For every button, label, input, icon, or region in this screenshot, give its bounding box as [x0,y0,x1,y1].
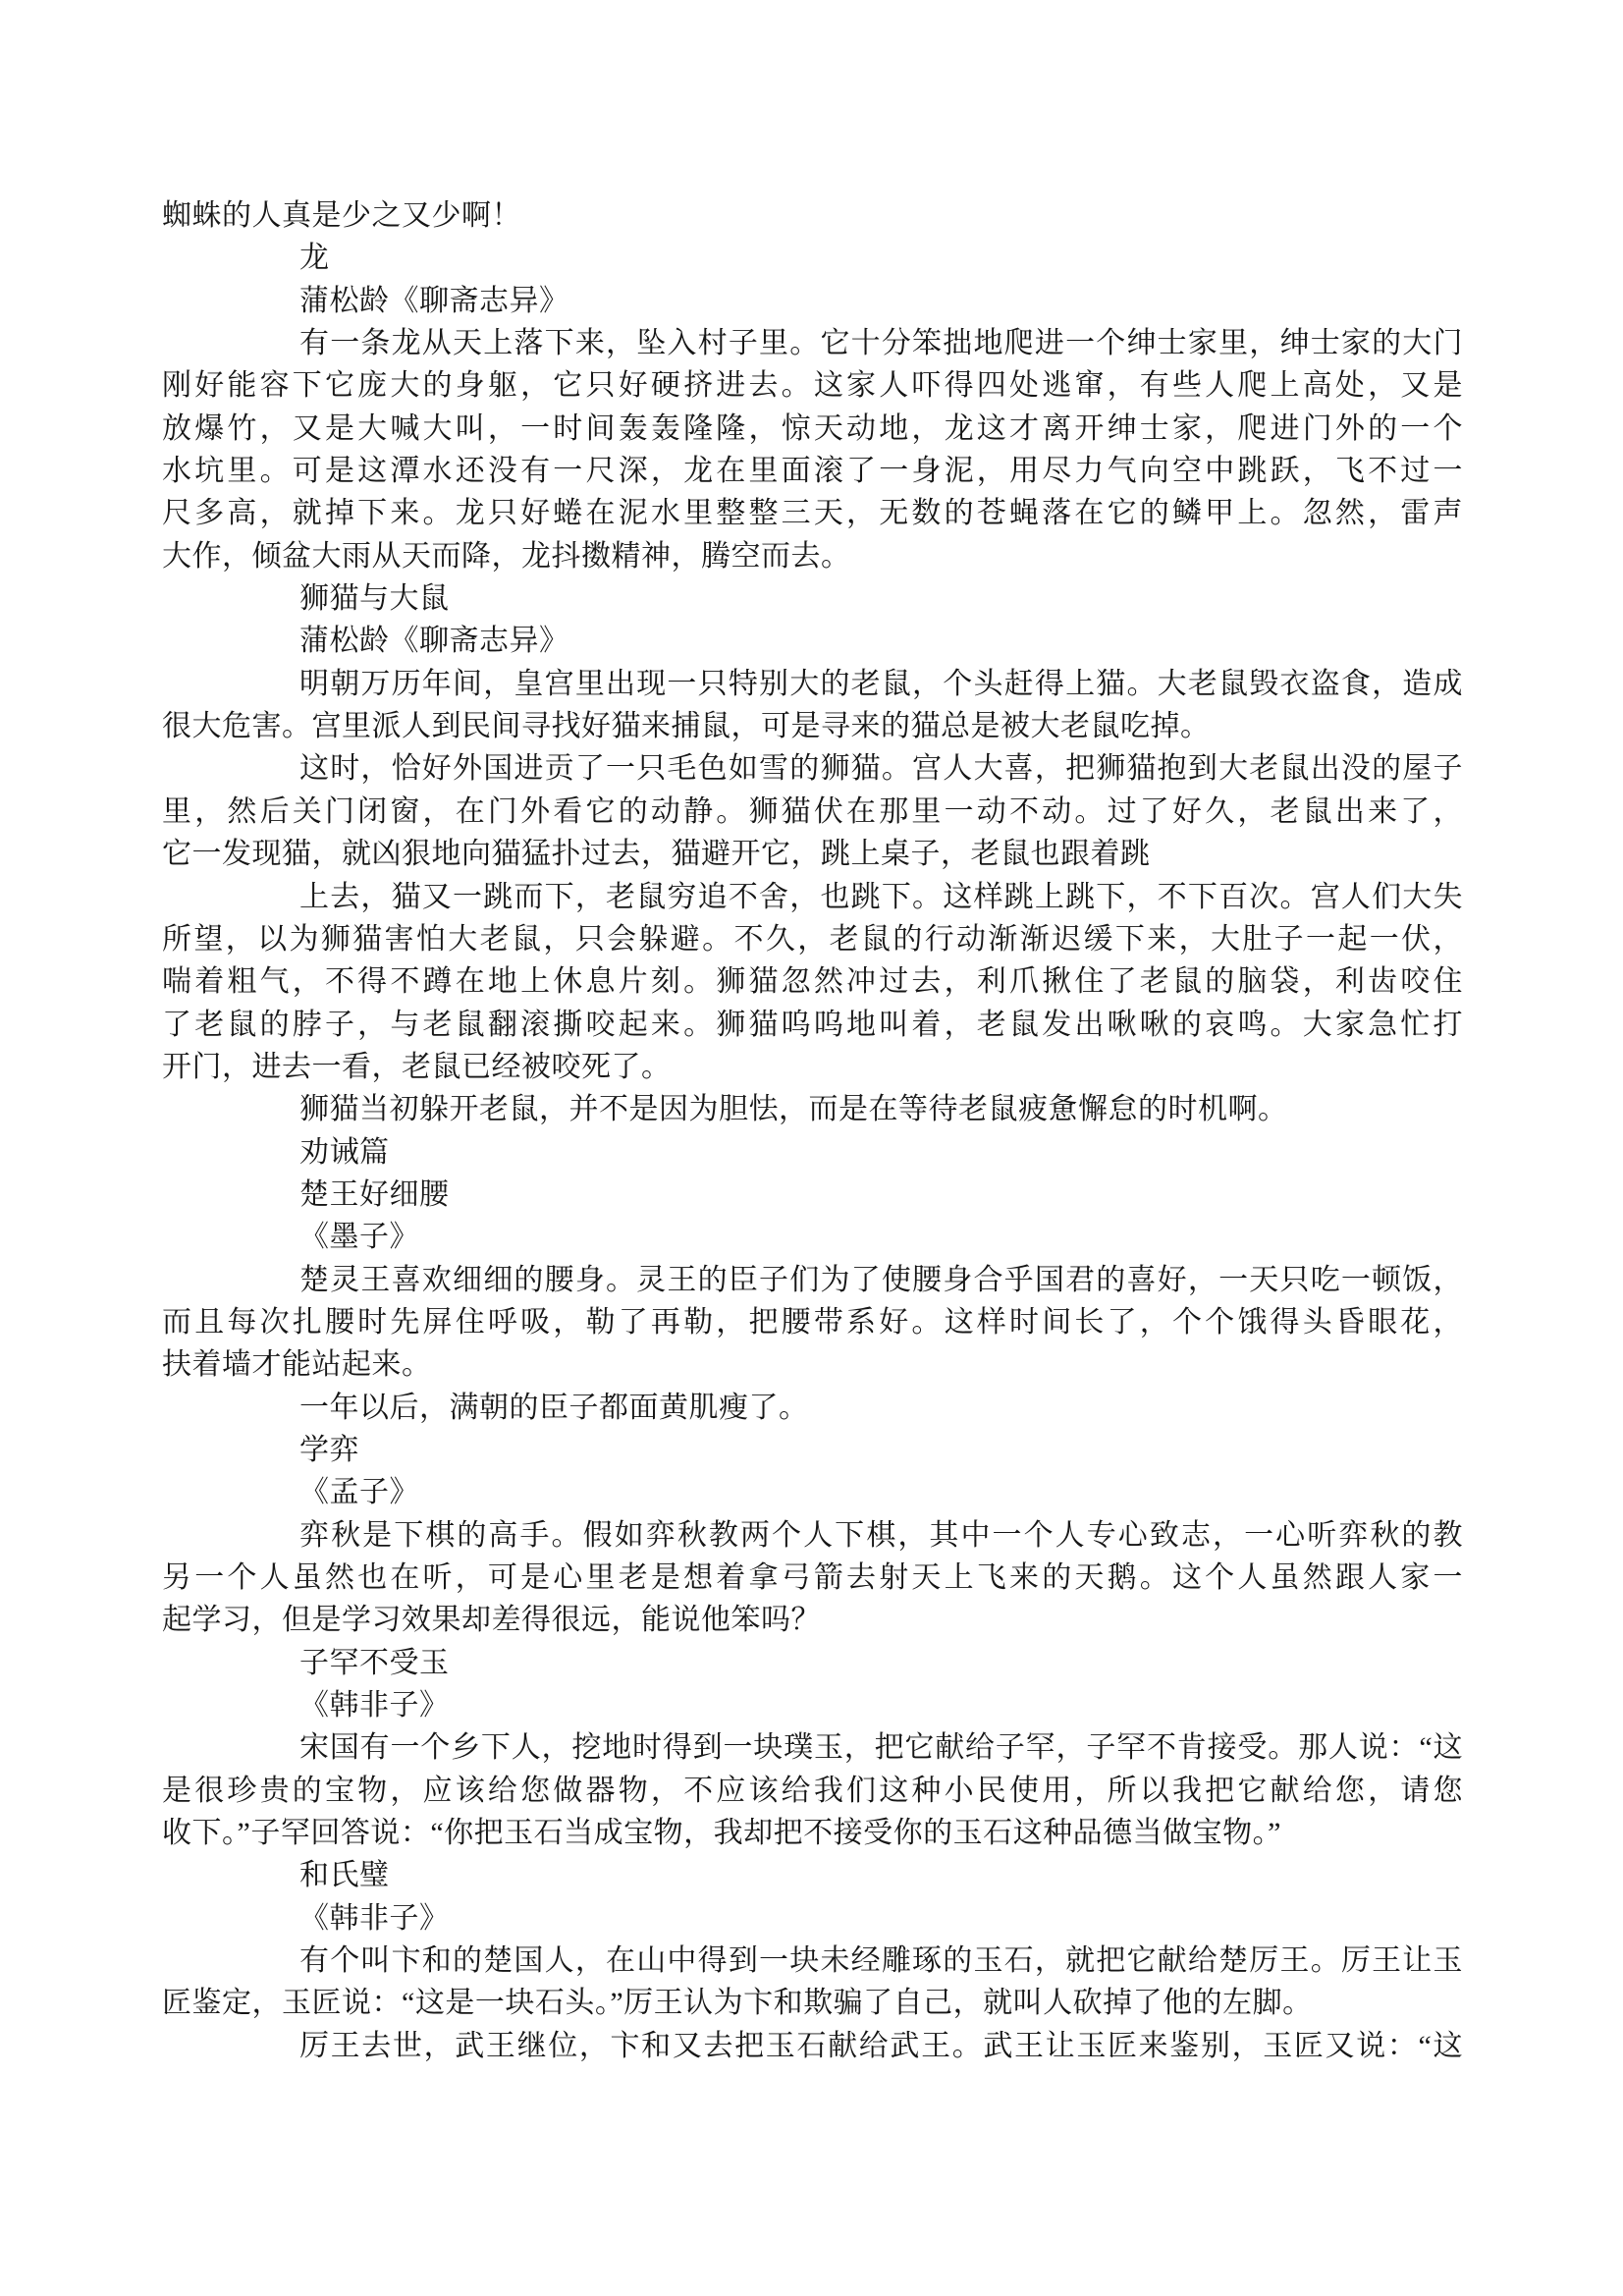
text-line: 上去，猫又一跳而下，老鼠穷追不舍，也跳下。这样跳上跳下，不下百次。宫人们大失 [162,876,1463,918]
text-line: 了老鼠的脖子，与老鼠翻滚撕咬起来。狮猫呜呜地叫着，老鼠发出啾啾的哀鸣。大家急忙打 [162,1004,1463,1046]
text-line: 一年以后，满朝的臣子都面黄肌瘦了。 [162,1387,1463,1429]
text-line: 放爆竹，又是大喊大叫，一时间轰轰隆隆，惊天动地，龙这才离开绅士家，爬进门外的一个 [162,408,1463,450]
text-line: 开门，进去一看，老鼠已经被咬死了。 [162,1046,1463,1088]
text-line: 宋国有一个乡下人，挖地时得到一块璞玉，把它献给子罕，子罕不肯接受。那人说：“这 [162,1726,1463,1769]
text-line: 它一发现猫，就凶狠地向猫猛扑过去，猫避开它，跳上桌子，老鼠也跟着跳 [162,833,1463,875]
document-page: 蜘蛛的人真是少之又少啊！龙蒲松龄《聊斋志异》有一条龙从天上落下来，坠入村子里。它… [0,0,1623,2296]
text-line: 有个叫卞和的楚国人，在山中得到一块未经雕琢的玉石，就把它献给楚厉王。厉王让玉 [162,1940,1463,1982]
text-line: 收下。”子罕回答说：“你把玉石当成宝物，我却把不接受你的玉石这种品德当做宝物。” [162,1812,1463,1854]
text-line: 是很珍贵的宝物，应该给您做器物，不应该给我们这种小民使用，所以我把它献给您，请您 [162,1770,1463,1812]
text-line: 狮猫与大鼠 [162,577,1463,620]
text-line: 里，然后关门闭窗，在门外看它的动静。狮猫伏在那里一动不动。过了好久，老鼠出来了， [162,791,1463,833]
text-line: 蒲松龄《聊斋志异》 [162,280,1463,322]
text-line: 另一个人虽然也在听，可是心里老是想着拿弓箭去射天上飞来的天鹅。这个人虽然跟人家一 [162,1557,1463,1599]
text-line: 明朝万历年间，皇宫里出现一只特别大的老鼠，个头赶得上猫。大老鼠毁衣盗食，造成 [162,663,1463,705]
text-line: 和氏璧 [162,1854,1463,1896]
text-line: 大作，倾盆大雨从天而降，龙抖擞精神，腾空而去。 [162,535,1463,577]
text-line: 《韩非子》 [162,1684,1463,1726]
text-line: 水坑里。可是这潭水还没有一尺深，龙在里面滚了一身泥，用尽力气向空中跳跃，飞不过一 [162,450,1463,492]
text-line: 楚王好细腰 [162,1174,1463,1216]
text-line: 劝诫篇 [162,1131,1463,1174]
text-line: 《韩非子》 [162,1897,1463,1940]
text-line: 扶着墙才能站起来。 [162,1343,1463,1386]
text-line: 这时，恰好外国进贡了一只毛色如雪的狮猫。宫人大喜，把狮猫抱到大老鼠出没的屋子 [162,747,1463,790]
text-line: 起学习，但是学习效果却差得很远，能说他笨吗？ [162,1599,1463,1641]
text-line: 《孟子》 [162,1471,1463,1513]
text-line: 楚灵王喜欢细细的腰身。灵王的臣子们为了使腰身合乎国君的喜好，一天只吃一顿饭， [162,1259,1463,1301]
text-line: 厉王去世，武王继位，卞和又去把玉石献给武王。武王让玉匠来鉴别，玉匠又说：“这 [162,2025,1463,2067]
text-line: 所望，以为狮猫害怕大老鼠，只会躲避。不久，老鼠的行动渐渐迟缓下来，大肚子一起一伏… [162,918,1463,960]
text-line: 龙 [162,237,1463,279]
text-line: 很大危害。宫里派人到民间寻找好猫来捕鼠，可是寻来的猫总是被大老鼠吃掉。 [162,705,1463,747]
text-line: 弈秋是下棋的高手。假如弈秋教两个人下棋，其中一个人专心致志，一心听弈秋的教诲； [162,1514,1463,1557]
text-line: 《墨子》 [162,1216,1463,1258]
text-line: 匠鉴定，玉匠说：“这是一块石头。”厉王认为卞和欺骗了自己，就叫人砍掉了他的左脚。 [162,1982,1463,2024]
text-line: 喘着粗气，不得不蹲在地上休息片刻。狮猫忽然冲过去，利爪揪住了老鼠的脑袋，利齿咬住 [162,960,1463,1003]
text-line: 尺多高，就掉下来。龙只好蜷在泥水里整整三天，无数的苍蝇落在它的鳞甲上。忽然，雷声 [162,492,1463,534]
text-line: 蒲松龄《聊斋志异》 [162,620,1463,662]
text-line: 刚好能容下它庞大的身躯，它只好硬挤进去。这家人吓得四处逃窜，有些人爬上高处，又是 [162,364,1463,407]
text-block: 蜘蛛的人真是少之又少啊！龙蒲松龄《聊斋志异》有一条龙从天上落下来，坠入村子里。它… [162,194,1463,2067]
text-line: 蜘蛛的人真是少之又少啊！ [162,194,1463,237]
text-line: 有一条龙从天上落下来，坠入村子里。它十分笨拙地爬进一个绅士家里，绅士家的大门 [162,322,1463,364]
text-line: 学弈 [162,1429,1463,1471]
text-line: 狮猫当初躲开老鼠，并不是因为胆怯，而是在等待老鼠疲惫懈怠的时机啊。 [162,1088,1463,1130]
text-line: 而且每次扎腰时先屏住呼吸，勒了再勒，把腰带系好。这样时间长了，个个饿得头昏眼花， [162,1301,1463,1343]
text-line: 子罕不受玉 [162,1642,1463,1684]
